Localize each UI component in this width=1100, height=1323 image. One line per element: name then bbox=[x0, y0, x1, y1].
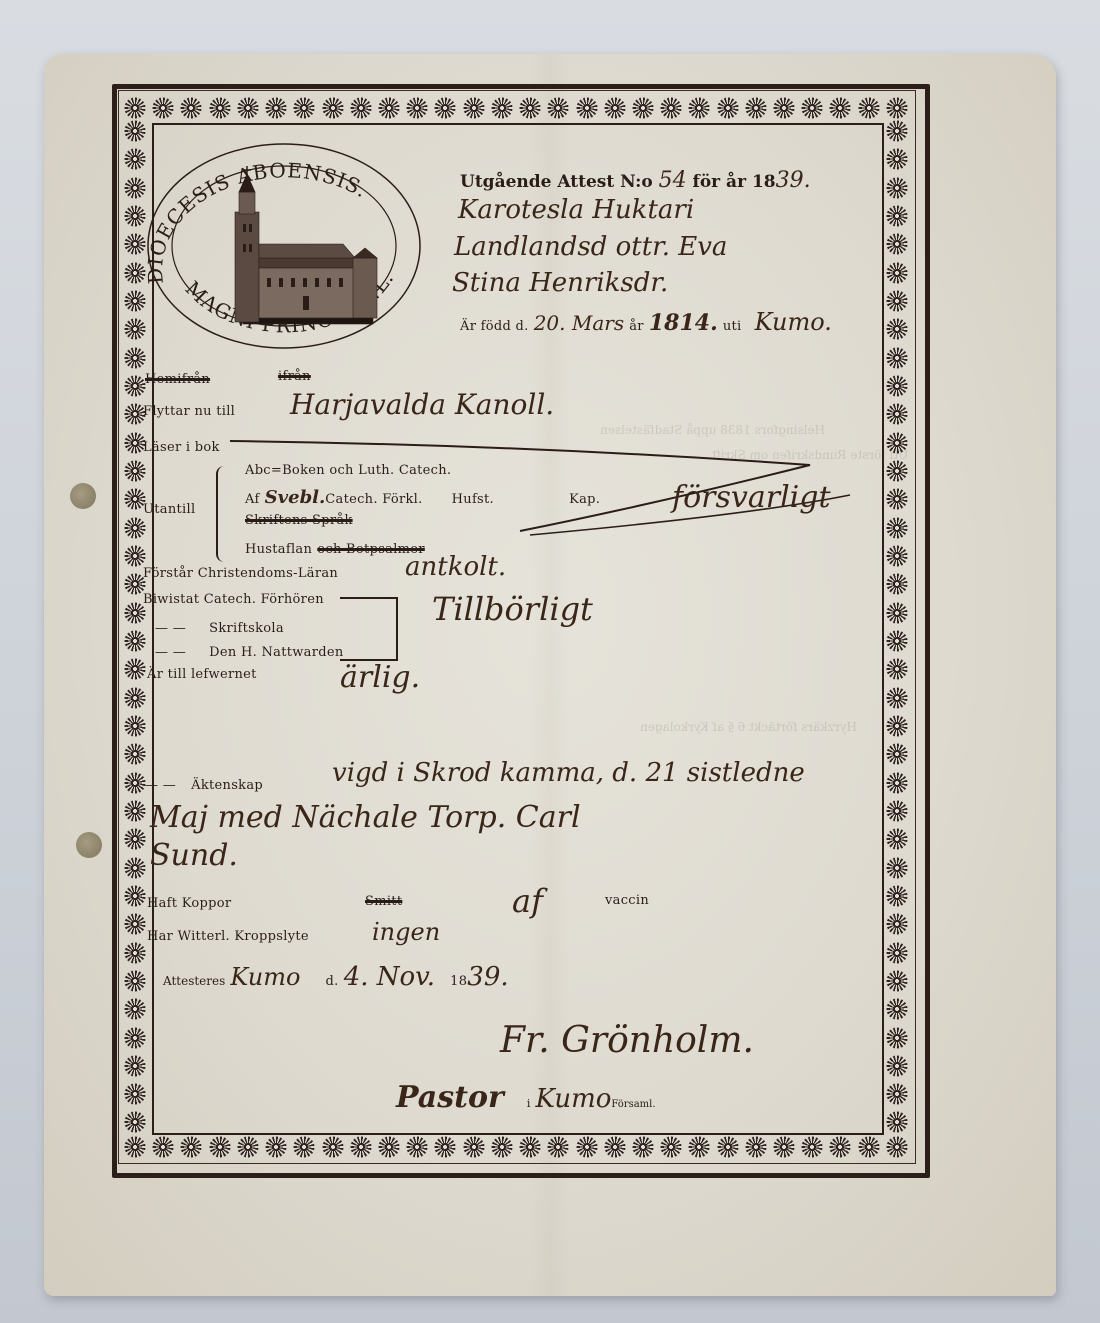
rosette-icon bbox=[124, 913, 146, 935]
by-heart-line-1: Abc=Boken och Luth. Catech. bbox=[245, 463, 451, 478]
rosette-icon bbox=[801, 97, 823, 119]
rosette-icon bbox=[124, 545, 146, 567]
rosette-icon bbox=[491, 97, 513, 119]
rosette-icon bbox=[124, 687, 146, 709]
punch-hole-bottom bbox=[76, 832, 102, 858]
rosette-icon bbox=[886, 262, 908, 284]
marriage-label: Äktenskap bbox=[191, 778, 263, 793]
rosette-icon bbox=[434, 1136, 456, 1158]
rosette-icon bbox=[886, 148, 908, 170]
rosette-icon bbox=[463, 97, 485, 119]
rosette-icon bbox=[124, 1111, 146, 1133]
rosette-icon bbox=[576, 97, 598, 119]
smallpox-value: af bbox=[512, 882, 543, 920]
rosette-icon bbox=[124, 828, 146, 850]
rosette-icon bbox=[886, 318, 908, 340]
dash: — — bbox=[145, 778, 176, 793]
rosette-icon bbox=[124, 460, 146, 482]
understands-label: Förstår Christendoms-Läran bbox=[143, 566, 338, 581]
struck-ifran: ifrån bbox=[278, 369, 311, 384]
smallpox-struck: Smitt bbox=[365, 894, 402, 909]
rosette-icon bbox=[886, 1027, 908, 1049]
rosette-icon bbox=[688, 97, 710, 119]
rosette-icon bbox=[886, 687, 908, 709]
rosette-icon bbox=[237, 1136, 259, 1158]
rosette-icon bbox=[886, 743, 908, 765]
rosette-icon bbox=[660, 97, 682, 119]
date-prefix: d. bbox=[326, 974, 339, 989]
rosette-icon bbox=[350, 97, 372, 119]
rosette-icon bbox=[801, 1136, 823, 1158]
rosette-icon bbox=[124, 517, 146, 539]
rosette-icon bbox=[886, 885, 908, 907]
rosette-icon bbox=[886, 177, 908, 199]
person-name-line-1: Karotesla Huktari bbox=[458, 195, 694, 225]
bleed-through-3: Helsingfors 1838 uppå Stadfästelsen bbox=[600, 423, 825, 437]
rosette-icon bbox=[886, 205, 908, 227]
rosette-icon bbox=[322, 1136, 344, 1158]
rosette-icon bbox=[124, 1055, 146, 1077]
person-name-line-3: Stina Henriksdr. bbox=[452, 268, 668, 298]
rosette-icon bbox=[886, 942, 908, 964]
by-heart-line-3: Skriftens Språk bbox=[245, 513, 353, 528]
af-prefix: Af bbox=[245, 492, 260, 507]
rosette-icon bbox=[124, 630, 146, 652]
attestation-row: Attesteres Kumo d. 4. Nov. 1839. bbox=[163, 962, 509, 992]
rosette-icon bbox=[124, 1083, 146, 1105]
rosette-icon bbox=[858, 97, 880, 119]
rosette-icon bbox=[124, 743, 146, 765]
rosette-icon bbox=[124, 942, 146, 964]
rosette-icon bbox=[180, 1136, 202, 1158]
rosette-icon bbox=[293, 1136, 315, 1158]
rosette-icon bbox=[547, 97, 569, 119]
rosette-icon bbox=[886, 375, 908, 397]
attended-sub-2: — — Den H. Nattwarden bbox=[155, 641, 344, 660]
rosette-icon bbox=[604, 97, 626, 119]
rosette-icon bbox=[491, 1136, 513, 1158]
moves-to-label: Flyttar nu till bbox=[143, 404, 235, 419]
marriage-value-line-2: Maj med Nächale Torp. Carl bbox=[150, 800, 581, 835]
rosette-icon bbox=[547, 1136, 569, 1158]
by-heart-label: Utantill bbox=[143, 502, 195, 517]
rosette-icon bbox=[209, 1136, 231, 1158]
rosette-icon bbox=[886, 573, 908, 595]
rosette-icon bbox=[124, 1027, 146, 1049]
born-place: Kumo. bbox=[755, 308, 832, 336]
rosette-icon bbox=[773, 1136, 795, 1158]
rosette-icon bbox=[745, 1136, 767, 1158]
kap: Kap. bbox=[569, 492, 600, 507]
rosette-icon bbox=[463, 1136, 485, 1158]
diocese-seal: DIOECESIS ABOENSIS. MAGNI PRINC. FINL. bbox=[143, 140, 425, 352]
moves-to-value: Harjavalda Kanoll. bbox=[290, 388, 554, 421]
dash: — — bbox=[155, 621, 186, 636]
rosette-icon bbox=[745, 97, 767, 119]
pastor-title: Pastor bbox=[396, 1080, 504, 1115]
person-name-line-2: Landlandsd ottr. Eva bbox=[454, 232, 727, 262]
rosette-icon bbox=[773, 97, 795, 119]
rosette-icon bbox=[124, 97, 146, 119]
catech-forkl: Catech. Förkl. bbox=[325, 492, 422, 507]
marriage-value-line-3: Sund. bbox=[150, 838, 238, 873]
rosette-icon bbox=[886, 828, 908, 850]
rosette-border-top bbox=[124, 97, 908, 119]
rosette-icon bbox=[576, 1136, 598, 1158]
rosette-icon bbox=[265, 97, 287, 119]
understands-value: antkolt. bbox=[405, 552, 506, 582]
attest-place: Kumo bbox=[230, 963, 300, 991]
smallpox-label: Haft Koppor bbox=[147, 896, 231, 911]
rosette-icon bbox=[858, 1136, 880, 1158]
certificate-year: 39. bbox=[776, 168, 811, 193]
rosette-icon bbox=[886, 715, 908, 737]
parish-suffix: Församl. bbox=[611, 1099, 655, 1110]
rosette-border-right bbox=[886, 120, 908, 1134]
nattwarden: Den H. Nattwarden bbox=[209, 645, 343, 660]
pastor-title-row: Pastor i KumoFörsaml. bbox=[396, 1080, 656, 1115]
rosette-icon bbox=[886, 97, 908, 119]
rosette-icon bbox=[604, 1136, 626, 1158]
rosette-icon bbox=[886, 120, 908, 142]
rosette-icon bbox=[152, 97, 174, 119]
rosette-icon bbox=[293, 97, 315, 119]
dash: — — bbox=[155, 645, 186, 660]
rosette-icon bbox=[886, 658, 908, 680]
rosette-icon bbox=[886, 602, 908, 624]
pastor-signature: Fr. Grönholm. bbox=[500, 1020, 754, 1061]
rosette-icon bbox=[265, 1136, 287, 1158]
rosette-icon bbox=[886, 347, 908, 369]
rosette-icon bbox=[886, 1111, 908, 1133]
in-label: i bbox=[527, 1097, 531, 1110]
rosette-icon bbox=[152, 1136, 174, 1158]
rosette-icon bbox=[124, 375, 146, 397]
rosette-icon bbox=[124, 658, 146, 680]
rosette-icon bbox=[886, 1055, 908, 1077]
by-heart-line-4: Hustaflan och Botpsalmer bbox=[245, 538, 425, 557]
certificate-number: 54 bbox=[659, 168, 687, 193]
rosette-icon bbox=[124, 885, 146, 907]
rosette-icon bbox=[124, 715, 146, 737]
reads-label: Läser i bok bbox=[143, 440, 220, 455]
rosette-icon bbox=[886, 403, 908, 425]
born-day-month: 20. Mars bbox=[534, 311, 624, 335]
rosette-icon bbox=[886, 998, 908, 1020]
rosette-icon bbox=[886, 290, 908, 312]
rosette-icon bbox=[886, 970, 908, 992]
rosette-icon bbox=[886, 630, 908, 652]
year-label: för år 18 bbox=[693, 172, 776, 192]
by-heart-brace bbox=[216, 466, 226, 562]
rosette-icon bbox=[519, 97, 541, 119]
rosette-icon bbox=[660, 1136, 682, 1158]
rosette-icon bbox=[829, 97, 851, 119]
rosette-icon bbox=[434, 97, 456, 119]
certificate-title: Utgående Attest N:o 54 för år 1839. bbox=[460, 168, 811, 193]
struck-hemifran: Hemifrån bbox=[145, 372, 210, 387]
punch-hole-top bbox=[70, 483, 96, 509]
by-heart-value: försvarligt bbox=[672, 480, 831, 515]
rosette-icon bbox=[406, 97, 428, 119]
rosette-icon bbox=[209, 97, 231, 119]
knowledge-label: Har Witterl. Kroppslyte bbox=[147, 929, 309, 944]
rosette-icon bbox=[886, 1136, 908, 1158]
knowledge-value: ingen bbox=[372, 918, 440, 946]
rosette-icon bbox=[124, 998, 146, 1020]
rosette-icon bbox=[350, 1136, 372, 1158]
attest-label: Attesteres bbox=[163, 974, 225, 988]
rosette-icon bbox=[124, 970, 146, 992]
rosette-icon bbox=[180, 97, 202, 119]
rosette-icon bbox=[717, 1136, 739, 1158]
hufst: Hufst. bbox=[452, 492, 494, 507]
rosette-icon bbox=[406, 1136, 428, 1158]
rosette-icon bbox=[886, 800, 908, 822]
attended-label: Biwistat Catech. Förhören bbox=[143, 592, 324, 607]
attended-bracket bbox=[340, 597, 398, 661]
marriage-value-line-1: vigd i Skrod kamma, d. 21 sistledne bbox=[332, 758, 805, 788]
rosette-icon bbox=[688, 1136, 710, 1158]
bleed-through-1: Uti förste Rundskrifen om Skrift... bbox=[700, 448, 908, 462]
rosette-icon bbox=[519, 1136, 541, 1158]
attest-year-hand: 39. bbox=[467, 962, 508, 992]
born-year-label: år bbox=[629, 319, 644, 334]
rosette-icon bbox=[124, 1136, 146, 1158]
rosette-border-bottom bbox=[124, 1136, 908, 1158]
rosette-icon bbox=[829, 1136, 851, 1158]
by-heart-line-2: Af Svebl.Catech. Förkl. Hufst. Kap. bbox=[245, 487, 600, 508]
rosette-icon bbox=[717, 97, 739, 119]
rosette-icon bbox=[378, 1136, 400, 1158]
marriage-row: — — Äktenskap bbox=[145, 774, 263, 793]
rosette-icon bbox=[378, 97, 400, 119]
rosette-icon bbox=[124, 772, 146, 794]
attended-sub-1: — — Skriftskola bbox=[155, 617, 284, 636]
rosette-icon bbox=[322, 97, 344, 119]
rosette-icon bbox=[124, 800, 146, 822]
title-prefix: Utgående Attest N:o bbox=[460, 172, 653, 192]
rosette-icon bbox=[886, 772, 908, 794]
rosette-icon bbox=[886, 233, 908, 255]
birth-line: Är född d. 20. Mars år 1814. uti Kumo. bbox=[460, 308, 832, 336]
rosette-icon bbox=[124, 120, 146, 142]
svebl-hand: Svebl. bbox=[265, 487, 326, 508]
skriftskola: Skriftskola bbox=[209, 621, 284, 636]
attest-date: 4. Nov. bbox=[344, 962, 435, 992]
rosette-icon bbox=[124, 857, 146, 879]
rosette-icon bbox=[886, 913, 908, 935]
bleed-through-2: Hyrzkärs förtäckt 6 § af Kyrkolagen bbox=[640, 720, 857, 734]
rosette-icon bbox=[886, 1083, 908, 1105]
rosette-icon bbox=[632, 1136, 654, 1158]
born-year: 1814. bbox=[649, 310, 718, 336]
rosette-icon bbox=[237, 97, 259, 119]
attended-value: Tillbörligt bbox=[432, 590, 593, 628]
born-place-label: uti bbox=[723, 319, 742, 334]
born-label: Är född d. bbox=[460, 319, 529, 334]
parish-name: Kumo bbox=[535, 1084, 611, 1114]
attest-year-printed: 18 bbox=[450, 974, 467, 989]
smallpox-suffix: vaccin bbox=[605, 893, 649, 908]
life-label: Är till lefwernet bbox=[147, 667, 257, 682]
life-value: ärlig. bbox=[340, 660, 420, 695]
rosette-icon bbox=[886, 857, 908, 879]
rosette-icon bbox=[632, 97, 654, 119]
hustaflan: Hustaflan bbox=[245, 542, 312, 557]
